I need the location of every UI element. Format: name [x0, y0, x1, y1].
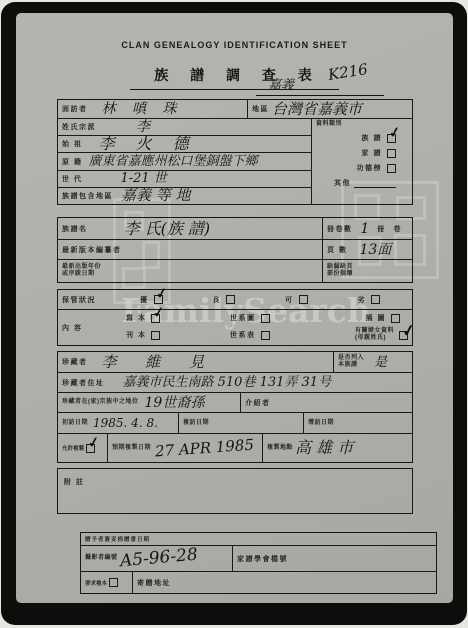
- condition-excellent-label: 優: [140, 295, 149, 305]
- holder-value: 李 維 見: [102, 355, 217, 370]
- donor-date-label: 贈予者簽妥捐贈書日期: [85, 535, 150, 543]
- surname-value: 李: [136, 120, 150, 134]
- genealogy-title-cell: 族譜名 李 氏(族 譜): [58, 218, 323, 239]
- category-clan-checkbox: ✓: [387, 134, 396, 143]
- pages-value: 13面: [359, 243, 391, 257]
- listed-value: 是: [374, 356, 387, 369]
- check-mark: ✓: [154, 286, 168, 302]
- content-illustration-label: 插 圖: [366, 313, 386, 323]
- title-volume-table: 族譜名 李 氏(族 譜) 冊卷數 1 冊 卷 最新版本編纂者 頁 數 13面 最: [57, 217, 413, 283]
- photographer-label: 攝影者編號: [85, 555, 118, 562]
- damage-cell: 缺漏缺頁 部份損壞: [323, 260, 412, 282]
- condition-poor-checkbox: [371, 295, 380, 304]
- position-value: 19世裔孫: [145, 396, 205, 410]
- holder-cell: 珍藏者 李 維 見: [58, 352, 334, 372]
- check-mark: ✓: [87, 435, 101, 451]
- first-visit-value: 1985. 4. 8.: [93, 417, 158, 429]
- condition-fair-checkbox: [299, 295, 308, 304]
- pubdate-label-line1: 最新出版年份: [62, 264, 101, 271]
- compiler-cell: 最新版本編纂者: [58, 240, 323, 259]
- pages-label: 頁 數: [327, 245, 347, 255]
- ancestor-label: 始 祖: [62, 139, 82, 149]
- content-print: 刊 本: [126, 328, 230, 342]
- volume-unit2-label: 卷: [394, 224, 403, 234]
- content-manuscript-label: 寫 本: [126, 313, 146, 323]
- position-cell: 珍藏者在(家)宗族中之地位 19世裔孫: [58, 393, 241, 412]
- revisit-label: 複訪日期: [183, 420, 209, 427]
- content-illustration-checkbox: [391, 314, 400, 323]
- category-family-checkbox: [387, 149, 396, 158]
- custodian-table: 珍藏者 李 維 見 是否列入 本族譜 是 珍藏者住址 嘉義市民生南路 510巷 …: [57, 351, 413, 463]
- mail-address-label: 寄贈地址: [137, 578, 171, 588]
- damage-label-line2: 部份損壞: [327, 271, 353, 278]
- genealogy-title-value: 李 氏(族 譜): [124, 221, 211, 237]
- condition-fair-label: 可: [285, 295, 294, 305]
- stamp-place: 嘉義: [268, 79, 294, 92]
- ancestor-value: 李 火 德: [98, 136, 196, 152]
- copy-date-value: 27 APR 1985: [155, 437, 255, 459]
- address-value: 嘉義市民生南路 510巷 131弄 31号: [123, 376, 332, 389]
- category-family: 家 譜: [316, 148, 412, 158]
- damage-label-line1: 缺漏缺頁: [327, 264, 353, 271]
- category-merit-label: 功德榜: [357, 163, 383, 173]
- pages-cell: 頁 數 13面: [323, 240, 412, 259]
- category-clan-label: 族 譜: [362, 133, 382, 143]
- condition-fair: 可: [285, 295, 308, 305]
- category-other-label: 其他: [334, 178, 351, 188]
- notes-label: 附 註: [64, 477, 84, 487]
- identification-table: 面訪者 林 嗔 珠 地區 台灣省嘉義市 姓氏宗派 李 始 祖 李 火 德 原 籍: [57, 99, 413, 205]
- copy-date-cell: 預期複製日期 27 APR 1985: [108, 434, 263, 462]
- category-cell: 資料類別 族 譜 ✓ 家 譜 功德榜 其他: [312, 119, 412, 204]
- copy-date-label: 預期複製日期: [112, 445, 151, 452]
- volume-unit1-label: 冊: [377, 224, 386, 234]
- area-label: 地區: [252, 104, 269, 114]
- content-table-checkbox: [261, 331, 270, 340]
- category-merit-checkbox: [387, 164, 396, 173]
- category-other: 其他: [316, 178, 412, 188]
- content-chart-label: 世系圖: [230, 313, 256, 323]
- condition-content-table: 保管狀況 優 ✓ 良 可 劣: [57, 289, 413, 346]
- content-women-note: (母親姓氏): [355, 335, 386, 342]
- category-other-blank-line: [354, 179, 396, 188]
- content-women-checkbox: ✓: [399, 331, 408, 340]
- condition-poor-label: 劣: [358, 295, 367, 305]
- address-cell: 珍藏者住址 嘉義市民生南路 510巷 131弄 31号: [58, 373, 412, 393]
- pubdate-label-line2: 或序跋日期: [62, 271, 101, 278]
- introducer-cell: 介紹者: [241, 393, 412, 412]
- address-label: 珍藏者住址: [62, 378, 105, 388]
- content-manuscript: 寫 本 ✓: [126, 313, 230, 323]
- permit-label: 允許複製: [62, 444, 84, 452]
- copy-request-checkbox: [109, 578, 118, 587]
- permit-cell: 允許複製 ✓: [58, 434, 108, 462]
- content-chart-checkbox: [261, 314, 270, 323]
- condition-poor: 劣: [358, 295, 381, 305]
- additional-visit-cell: 增訪日期: [304, 413, 412, 433]
- copy-place-value: 高 雄 市: [295, 440, 353, 456]
- pubdate-cell: 最新出版年份 或序跋日期: [58, 260, 323, 282]
- copy-request-label: 要求複本: [85, 579, 107, 587]
- society-file-cell: 家譜學會檔號: [233, 546, 436, 571]
- check-mark: ✓: [388, 125, 402, 141]
- volumes-cell: 冊卷數 1 冊 卷: [323, 218, 412, 239]
- surname-label: 姓氏宗派: [62, 122, 96, 132]
- generations-cell: 世 代 1-21 世: [58, 171, 311, 188]
- ancestor-cell: 始 祖 李 火 德: [58, 136, 311, 153]
- donor-date-cell: 贈予者簽妥捐贈書日期: [81, 533, 436, 546]
- condition-excellent: 優 ✓: [140, 295, 163, 305]
- content-table: 世系表: [230, 328, 340, 342]
- check-mark: ✓: [401, 321, 417, 339]
- content-women: 有關婦女資料 (母親姓氏) ✓: [340, 328, 408, 342]
- listed-label-line2: 本族譜: [338, 362, 364, 369]
- notes-box: 附 註: [57, 468, 413, 514]
- copy-place-cell: 複製地點 高 雄 市: [263, 434, 412, 462]
- content-row: 內 容 寫 本 ✓ 世系圖 插 圖: [58, 310, 412, 345]
- form-page: FamilySearch CLAN GENEALOGY IDENTIFICATI…: [16, 13, 453, 603]
- stamp-underline: [256, 95, 384, 96]
- volumes-value: 1: [360, 222, 369, 236]
- form-title-row: 族 譜 調 查 表: [16, 65, 453, 90]
- listed-label-line1: 是否列入: [338, 355, 364, 362]
- content-women-label: 有關婦女資料: [355, 328, 394, 335]
- society-file-label: 家譜學會檔號: [237, 554, 288, 564]
- english-title: CLAN GENEALOGY IDENTIFICATION SHEET: [121, 40, 347, 50]
- position-label: 珍藏者在(家)宗族中之地位: [62, 399, 139, 406]
- holder-label: 珍藏者: [62, 357, 88, 367]
- area-value: 台灣省嘉義市: [272, 102, 362, 117]
- volumes-label: 冊卷數: [327, 224, 353, 234]
- content-table-label: 世系表: [230, 330, 256, 340]
- coverage-label: 族譜包含地區: [62, 191, 113, 201]
- interviewer-label: 面訪者: [62, 104, 88, 114]
- coverage-cell: 族譜包含地區 嘉義 等 地: [58, 188, 311, 204]
- first-visit-label: 初訪日期: [62, 420, 88, 427]
- origin-label: 原 籍: [62, 157, 82, 167]
- category-clan: 族 譜 ✓: [316, 133, 412, 143]
- content-label: 內 容: [62, 323, 126, 333]
- content-print-label: 刊 本: [126, 330, 146, 340]
- origin-value: 廣東省嘉應州松口堡銅盤下鄉: [88, 155, 257, 168]
- coverage-value: 嘉義 等 地: [121, 188, 191, 203]
- genealogy-title-label: 族譜名: [62, 224, 88, 234]
- revisit-cell: 複訪日期: [179, 413, 304, 433]
- introducer-label: 介紹者: [245, 398, 271, 408]
- condition-excellent-checkbox: ✓: [154, 295, 163, 304]
- area-cell: 地區 台灣省嘉義市: [248, 100, 412, 118]
- category-family-label: 家 譜: [362, 148, 382, 158]
- condition-good: 良: [213, 295, 236, 305]
- interviewer-value: 林 嗔 珠: [102, 102, 183, 116]
- listed-cell: 是否列入 本族譜 是: [334, 352, 412, 372]
- content-chart: 世系圖: [230, 313, 340, 323]
- content-print-checkbox: [151, 331, 160, 340]
- category-merit: 功德榜: [316, 163, 412, 173]
- generations-label: 世 代: [62, 174, 82, 184]
- sheet-header-row: CLAN GENEALOGY IDENTIFICATION SHEET: [16, 35, 453, 53]
- photographer-value: A5-96-28: [119, 547, 198, 571]
- first-visit-cell: 初訪日期 1985. 4. 8.: [58, 413, 179, 433]
- photographer-cell: 攝影者編號 A5-96-28: [81, 546, 233, 571]
- copy-place-label: 複製地點: [267, 445, 293, 452]
- condition-row: 保管狀況 優 ✓ 良 可 劣: [58, 290, 412, 310]
- condition-label: 保管狀況: [62, 295, 126, 305]
- content-manuscript-checkbox: ✓: [151, 314, 160, 323]
- condition-good-label: 良: [213, 295, 222, 305]
- generations-value: 1-21 世: [120, 172, 166, 185]
- copy-request-cell: 要求複本: [81, 572, 133, 593]
- processing-table: 贈予者簽妥捐贈書日期 攝影者編號 A5-96-28 家譜學會檔號 要求複本 寄贈…: [80, 532, 437, 594]
- content-illustration: 插 圖: [340, 313, 408, 323]
- additional-visit-label: 增訪日期: [308, 420, 334, 427]
- permit-checkbox: ✓: [86, 444, 95, 453]
- origin-cell: 原 籍 廣東省嘉應州松口堡銅盤下鄉: [58, 153, 311, 170]
- compiler-label: 最新版本編纂者: [62, 245, 122, 255]
- mail-address-cell: 寄贈地址: [133, 572, 436, 593]
- interviewer-cell: 面訪者 林 嗔 珠: [58, 100, 248, 118]
- condition-good-checkbox: [226, 295, 235, 304]
- form-title: 族 譜 調 查 表: [130, 65, 339, 90]
